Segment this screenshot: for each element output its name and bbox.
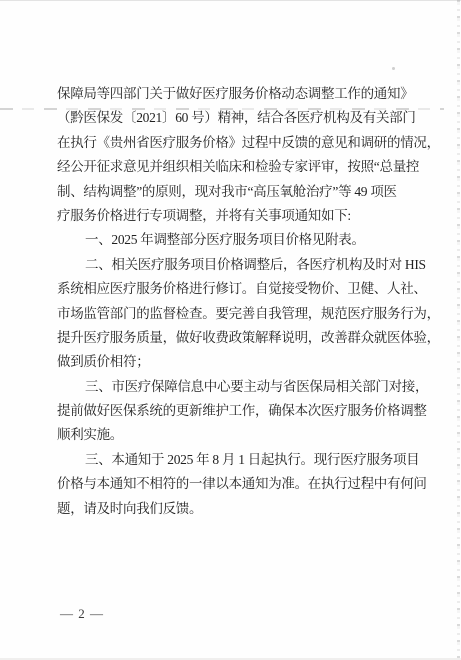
document-line: （黔医保发〔2021〕60 号）精神，结合各医疗机构及有关部门: [57, 106, 414, 130]
scan-edge-top-line: [0, 0, 461, 1]
scan-edge-noise-strip: [457, 0, 460, 660]
document-line: 保障局等四部门关于做好医疗服务价格动态调整工作的通知》: [57, 82, 414, 106]
document-line: 做到质价相符；: [57, 350, 414, 374]
document-line: 题，请及时向我们反馈。: [57, 497, 414, 521]
document-line: 制、结构调整”的原则，现对我市“高压氧舱治疗”等 49 项医: [57, 180, 414, 204]
document-line: 疗服务价格进行专项调整，并将有关事项通知如下:: [57, 204, 414, 228]
document-line: 市场监管部门的监督检查。要完善自我管理，规范医疗服务行为，: [57, 302, 414, 326]
document-line: 顺利实施。: [57, 423, 414, 447]
document-line: 提前做好医保系统的更新维护工作，确保本次医疗服务价格调整: [57, 399, 414, 423]
document-line: 三、市医疗保障信息中心要主动与省医保局相关部门对接，: [57, 375, 414, 399]
document-line: 价格与本通知不相符的一律以本通知为准。在执行过程中有何问: [57, 472, 414, 496]
scan-speck: [392, 67, 395, 70]
document-text-block: 保障局等四部门关于做好医疗服务价格动态调整工作的通知》（黔医保发〔2021〕60…: [57, 82, 414, 521]
document-line: 系统相应医疗服务价格进行修订。自觉接受物价、卫健、人社、: [57, 277, 414, 301]
document-line: 提升医疗服务质量，做好收费政策解释说明，改善群众就医体验，: [57, 326, 414, 350]
document-line: 在执行《贵州省医疗服务价格》过程中反馈的意见和调研的情况，: [57, 131, 414, 155]
document-line: 经公开征求意见并组织相关临床和检验专家评审，按照“总量控: [57, 155, 414, 179]
page-number: — 2 —: [60, 606, 104, 622]
scanned-document-page: 保障局等四部门关于做好医疗服务价格动态调整工作的通知》（黔医保发〔2021〕60…: [0, 0, 461, 660]
document-line: 一、2025 年调整部分医疗服务项目价格见附表。: [57, 228, 414, 252]
document-line: 二、相关医疗服务项目价格调整后，各医疗机构及时对 HIS: [57, 253, 414, 277]
document-line: 三、本通知于 2025 年 8 月 1 日起执行。现行医疗服务项目: [57, 448, 414, 472]
